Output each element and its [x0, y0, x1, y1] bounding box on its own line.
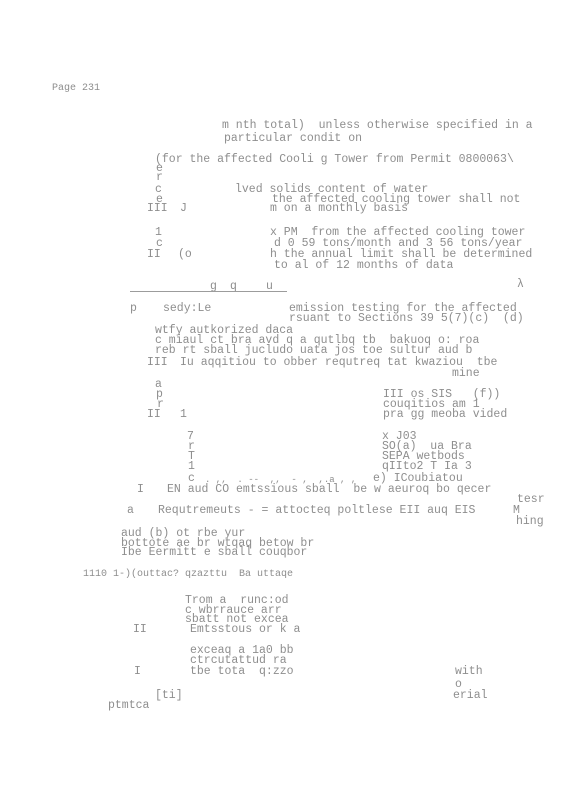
ghost-text-line: Iu aqqitiou to obber requtreq tat kwazio… [180, 357, 497, 368]
scanned-document-page: Page 231 m nth total) unless otherwise s… [0, 0, 566, 800]
scan-content: Page 231 m nth total) unless otherwise s… [0, 0, 566, 800]
ghost-text-line: erial [453, 690, 488, 701]
page-number: Page 231 [52, 83, 100, 94]
ghost-text-line: Emtsstous or k a [190, 624, 300, 635]
ghost-text-line: ptmtca [108, 700, 149, 711]
ghost-text-line: Ibe Eermitt e sball couqbor [121, 547, 307, 558]
clause-numeral: III [147, 203, 168, 214]
text-line: m on a monthly basis [270, 203, 408, 214]
text-line: p [130, 303, 137, 314]
ghost-text-line: mine [452, 368, 480, 379]
text-line: sedy:Le [163, 303, 211, 314]
clause-numeral: I [134, 666, 141, 677]
lambda-mark: λ [517, 279, 524, 290]
ghost-text-line: hing [516, 516, 544, 527]
clause-numeral: II [147, 409, 161, 420]
text-line: r [156, 172, 163, 183]
clause-numeral: III [147, 357, 168, 368]
text-line: (o [178, 249, 192, 260]
ghost-text-line: [ti] [155, 690, 183, 701]
ghost-text-line: qIIto2 T Ia 3 [382, 461, 472, 472]
ghost-text-line: a [127, 505, 134, 516]
text-line: particular condit on [224, 133, 362, 144]
clause-numeral: I [137, 484, 144, 495]
ghost-text-line: 1 [180, 409, 187, 420]
text-line: J [180, 203, 187, 214]
ghost-text-line: 1 [188, 461, 195, 472]
underline-rule [130, 291, 287, 292]
text-line: to al of 12 months of data [274, 260, 453, 271]
text-line: rsuant to Sections 39 5(7)(c) (d) [289, 313, 524, 324]
text-line: (for the affected Cooli g Tower from Per… [155, 154, 514, 165]
ghost-text-line: tbe tota q:zzo [190, 666, 294, 677]
ghost-text-line: Requtremeuts - = attocteq poltlese EII a… [158, 505, 475, 516]
text-line: m nth total) unless otherwise specified … [222, 120, 533, 131]
ghost-text-line: tesr [517, 494, 545, 505]
ghost-text-line: EN aud CO emtssious sball be w aeuroq bo… [167, 484, 491, 495]
ghost-text-line: pra gg meoba vided [383, 409, 507, 420]
clause-numeral: II [133, 624, 147, 635]
ghost-text-line: with [455, 666, 483, 677]
ghost-text-line: 1110 1-)(outtac? qzazttu Ba uttaqe [83, 569, 293, 580]
clause-numeral: II [147, 249, 161, 260]
ghost-text-line: reb rt sball jucludo uata jos toe sultur… [155, 345, 472, 356]
